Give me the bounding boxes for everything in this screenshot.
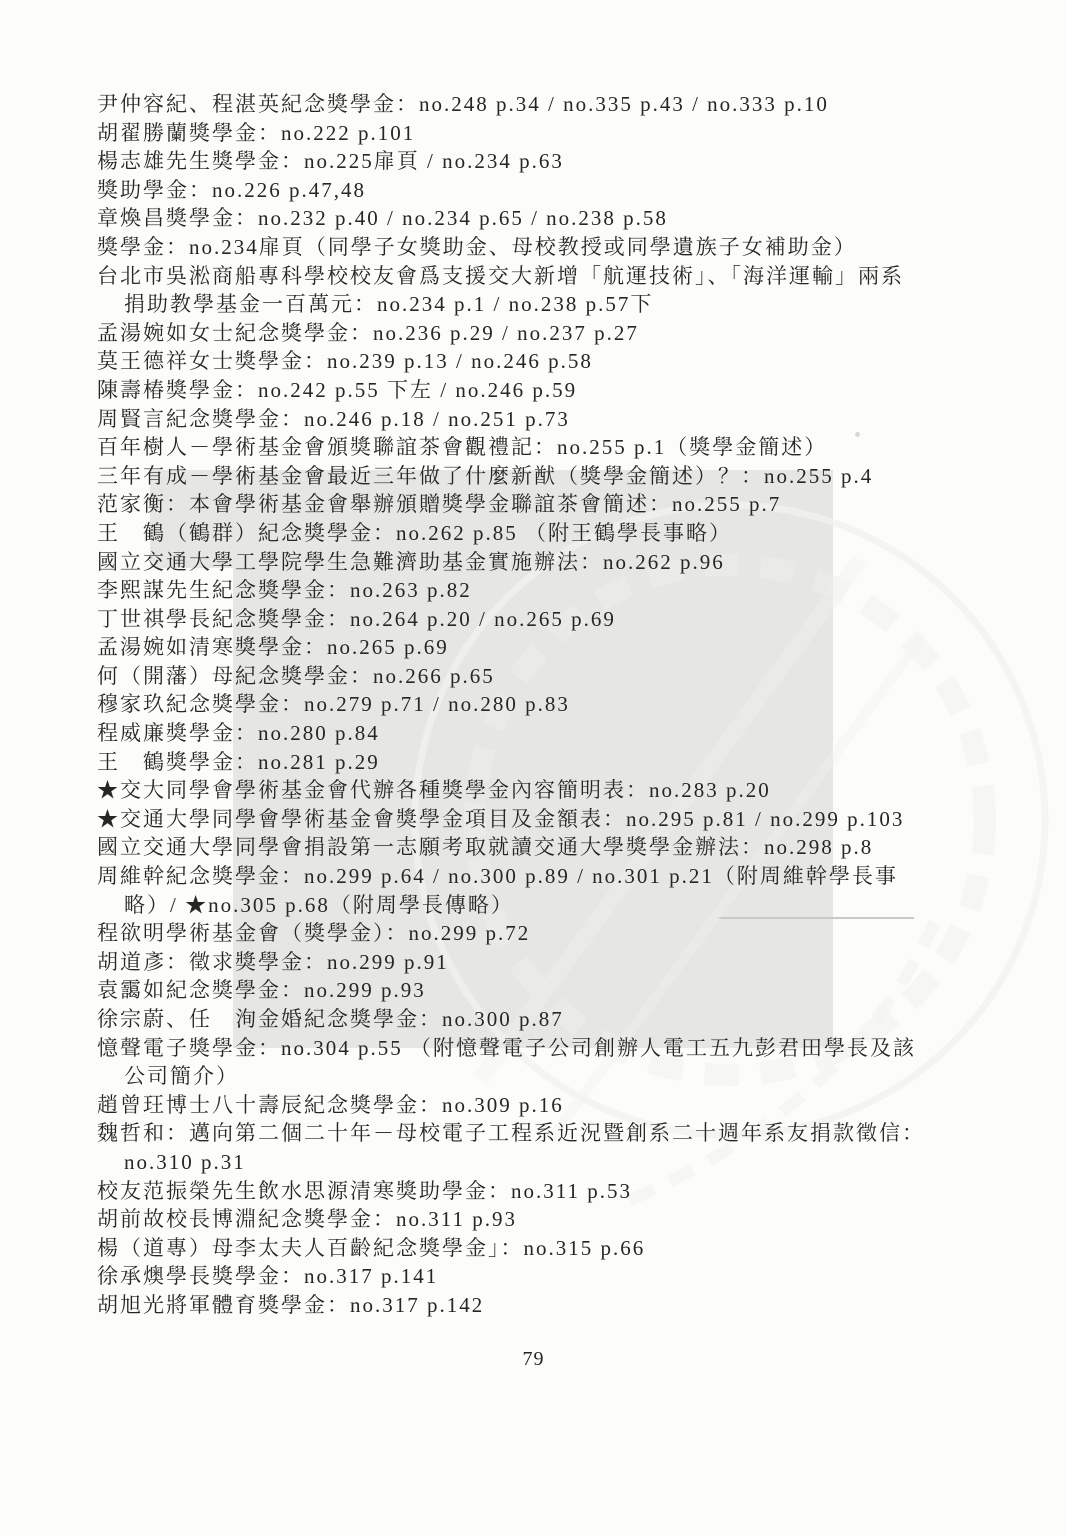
index-line: 程欲明學術基金會（獎學金）：no.299 p.72 (97, 919, 1047, 948)
index-text-block: 尹仲容紀、程湛英紀念獎學金：no.248 p.34 / no.335 p.43 … (97, 90, 1047, 1320)
index-line: 丁世祺學長紀念獎學金：no.264 p.20 / no.265 p.69 (97, 605, 1047, 634)
index-line: 李熙謀先生紀念獎學金：no.263 p.82 (97, 576, 1047, 605)
index-line: 校友范振榮先生飲水思源清寒獎助學金：no.311 p.53 (97, 1177, 1047, 1206)
index-line: 台北市吳淞商船專科學校校友會爲支援交大新增「航運技術」、「海洋運輸」兩系 (97, 262, 1047, 291)
index-line: ★交大同學會學術基金會代辦各種獎學金內容簡明表：no.283 p.20 (97, 776, 1047, 805)
index-line: 三年有成－學術基金會最近三年做了什麼新猷（獎學金簡述）？：no.255 p.4 (97, 462, 1047, 491)
index-line: 胡旭光將軍體育獎學金：no.317 p.142 (97, 1291, 1047, 1320)
index-line: 莫王德祥女士獎學金：no.239 p.13 / no.246 p.58 (97, 347, 1047, 376)
index-line: 胡前故校長博淵紀念獎學金：no.311 p.93 (97, 1205, 1047, 1234)
index-line: 百年樹人－學術基金會頒獎聯誼茶會觀禮記：no.255 p.1（獎學金簡述） (97, 433, 1047, 462)
index-line: 趙曾玨博士八十壽辰紀念獎學金：no.309 p.16 (97, 1091, 1047, 1120)
index-line: 穆家玖紀念獎學金：no.279 p.71 / no.280 p.83 (97, 690, 1047, 719)
index-line: 范家衡：本會學術基金會舉辦頒贈獎學金聯誼茶會簡述：no.255 p.7 (97, 490, 1047, 519)
index-line: 何（開藩）母紀念獎學金：no.266 p.65 (97, 662, 1047, 691)
index-line: 程威廉獎學金：no.280 p.84 (97, 719, 1047, 748)
index-line: 胡道彥：徵求獎學金：no.299 p.91 (97, 948, 1047, 977)
index-line: 孟湯婉如女士紀念獎學金：no.236 p.29 / no.237 p.27 (97, 319, 1047, 348)
index-line: 陳壽椿獎學金：no.242 p.55 下左 / no.246 p.59 (97, 376, 1047, 405)
index-line: 略）/ ★no.305 p.68（附周學長傳略） (97, 891, 1047, 920)
index-line: 徐承燠學長獎學金：no.317 p.141 (97, 1262, 1047, 1291)
index-line: 章煥昌獎學金：no.232 p.40 / no.234 p.65 / no.23… (97, 204, 1047, 233)
index-line: 胡翟勝蘭獎學金：no.222 p.101 (97, 119, 1047, 148)
index-line: 楊（道專）母李太夫人百齡紀念獎學金」：no.315 p.66 (97, 1234, 1047, 1263)
index-line: 公司簡介） (97, 1062, 1047, 1091)
index-line: 孟湯婉如清寒獎學金：no.265 p.69 (97, 633, 1047, 662)
scanned-document-page: 尹仲容紀、程湛英紀念獎學金：no.248 p.34 / no.335 p.43 … (0, 0, 1067, 1536)
index-line: 獎學金：no.234扉頁（同學子女獎助金、母校教授或同學遺族子女補助金） (97, 233, 1047, 262)
index-line: 國立交通大學工學院學生急難濟助基金實施辦法：no.262 p.96 (97, 548, 1047, 577)
index-line: 國立交通大學同學會捐設第一志願考取就讀交通大學獎學金辦法：no.298 p.8 (97, 833, 1047, 862)
index-line: ★交通大學同學會學術基金會獎學金項目及金額表：no.295 p.81 / no.… (97, 805, 1047, 834)
index-line: 魏哲和：邁向第二個二十年－母校電子工程系近況暨創系二十週年系友捐款徵信： (97, 1119, 1047, 1148)
index-line: 獎助學金：no.226 p.47,48 (97, 176, 1047, 205)
index-line: 王 鶴（鶴群）紀念獎學金：no.262 p.85 （附王鶴學長事略） (97, 519, 1047, 548)
index-line: no.310 p.31 (97, 1148, 1047, 1177)
index-line: 周維幹紀念獎學金：no.299 p.64 / no.300 p.89 / no.… (97, 862, 1047, 891)
index-line: 徐宗蔚、任 洵金婚紀念獎學金：no.300 p.87 (97, 1005, 1047, 1034)
page-number: 79 (0, 1348, 1067, 1371)
index-line: 楊志雄先生獎學金：no.225扉頁 / no.234 p.63 (97, 147, 1047, 176)
index-line: 尹仲容紀、程湛英紀念獎學金：no.248 p.34 / no.335 p.43 … (97, 90, 1047, 119)
index-line: 周賢言紀念獎學金：no.246 p.18 / no.251 p.73 (97, 405, 1047, 434)
index-line: 憶聲電子獎學金：no.304 p.55 （附憶聲電子公司創辦人電工五九彭君田學長… (97, 1034, 1047, 1063)
index-line: 王 鶴獎學金：no.281 p.29 (97, 748, 1047, 777)
index-line: 袁靄如紀念獎學金：no.299 p.93 (97, 976, 1047, 1005)
index-line: 捐助教學基金一百萬元：no.234 p.1 / no.238 p.57下 (97, 290, 1047, 319)
